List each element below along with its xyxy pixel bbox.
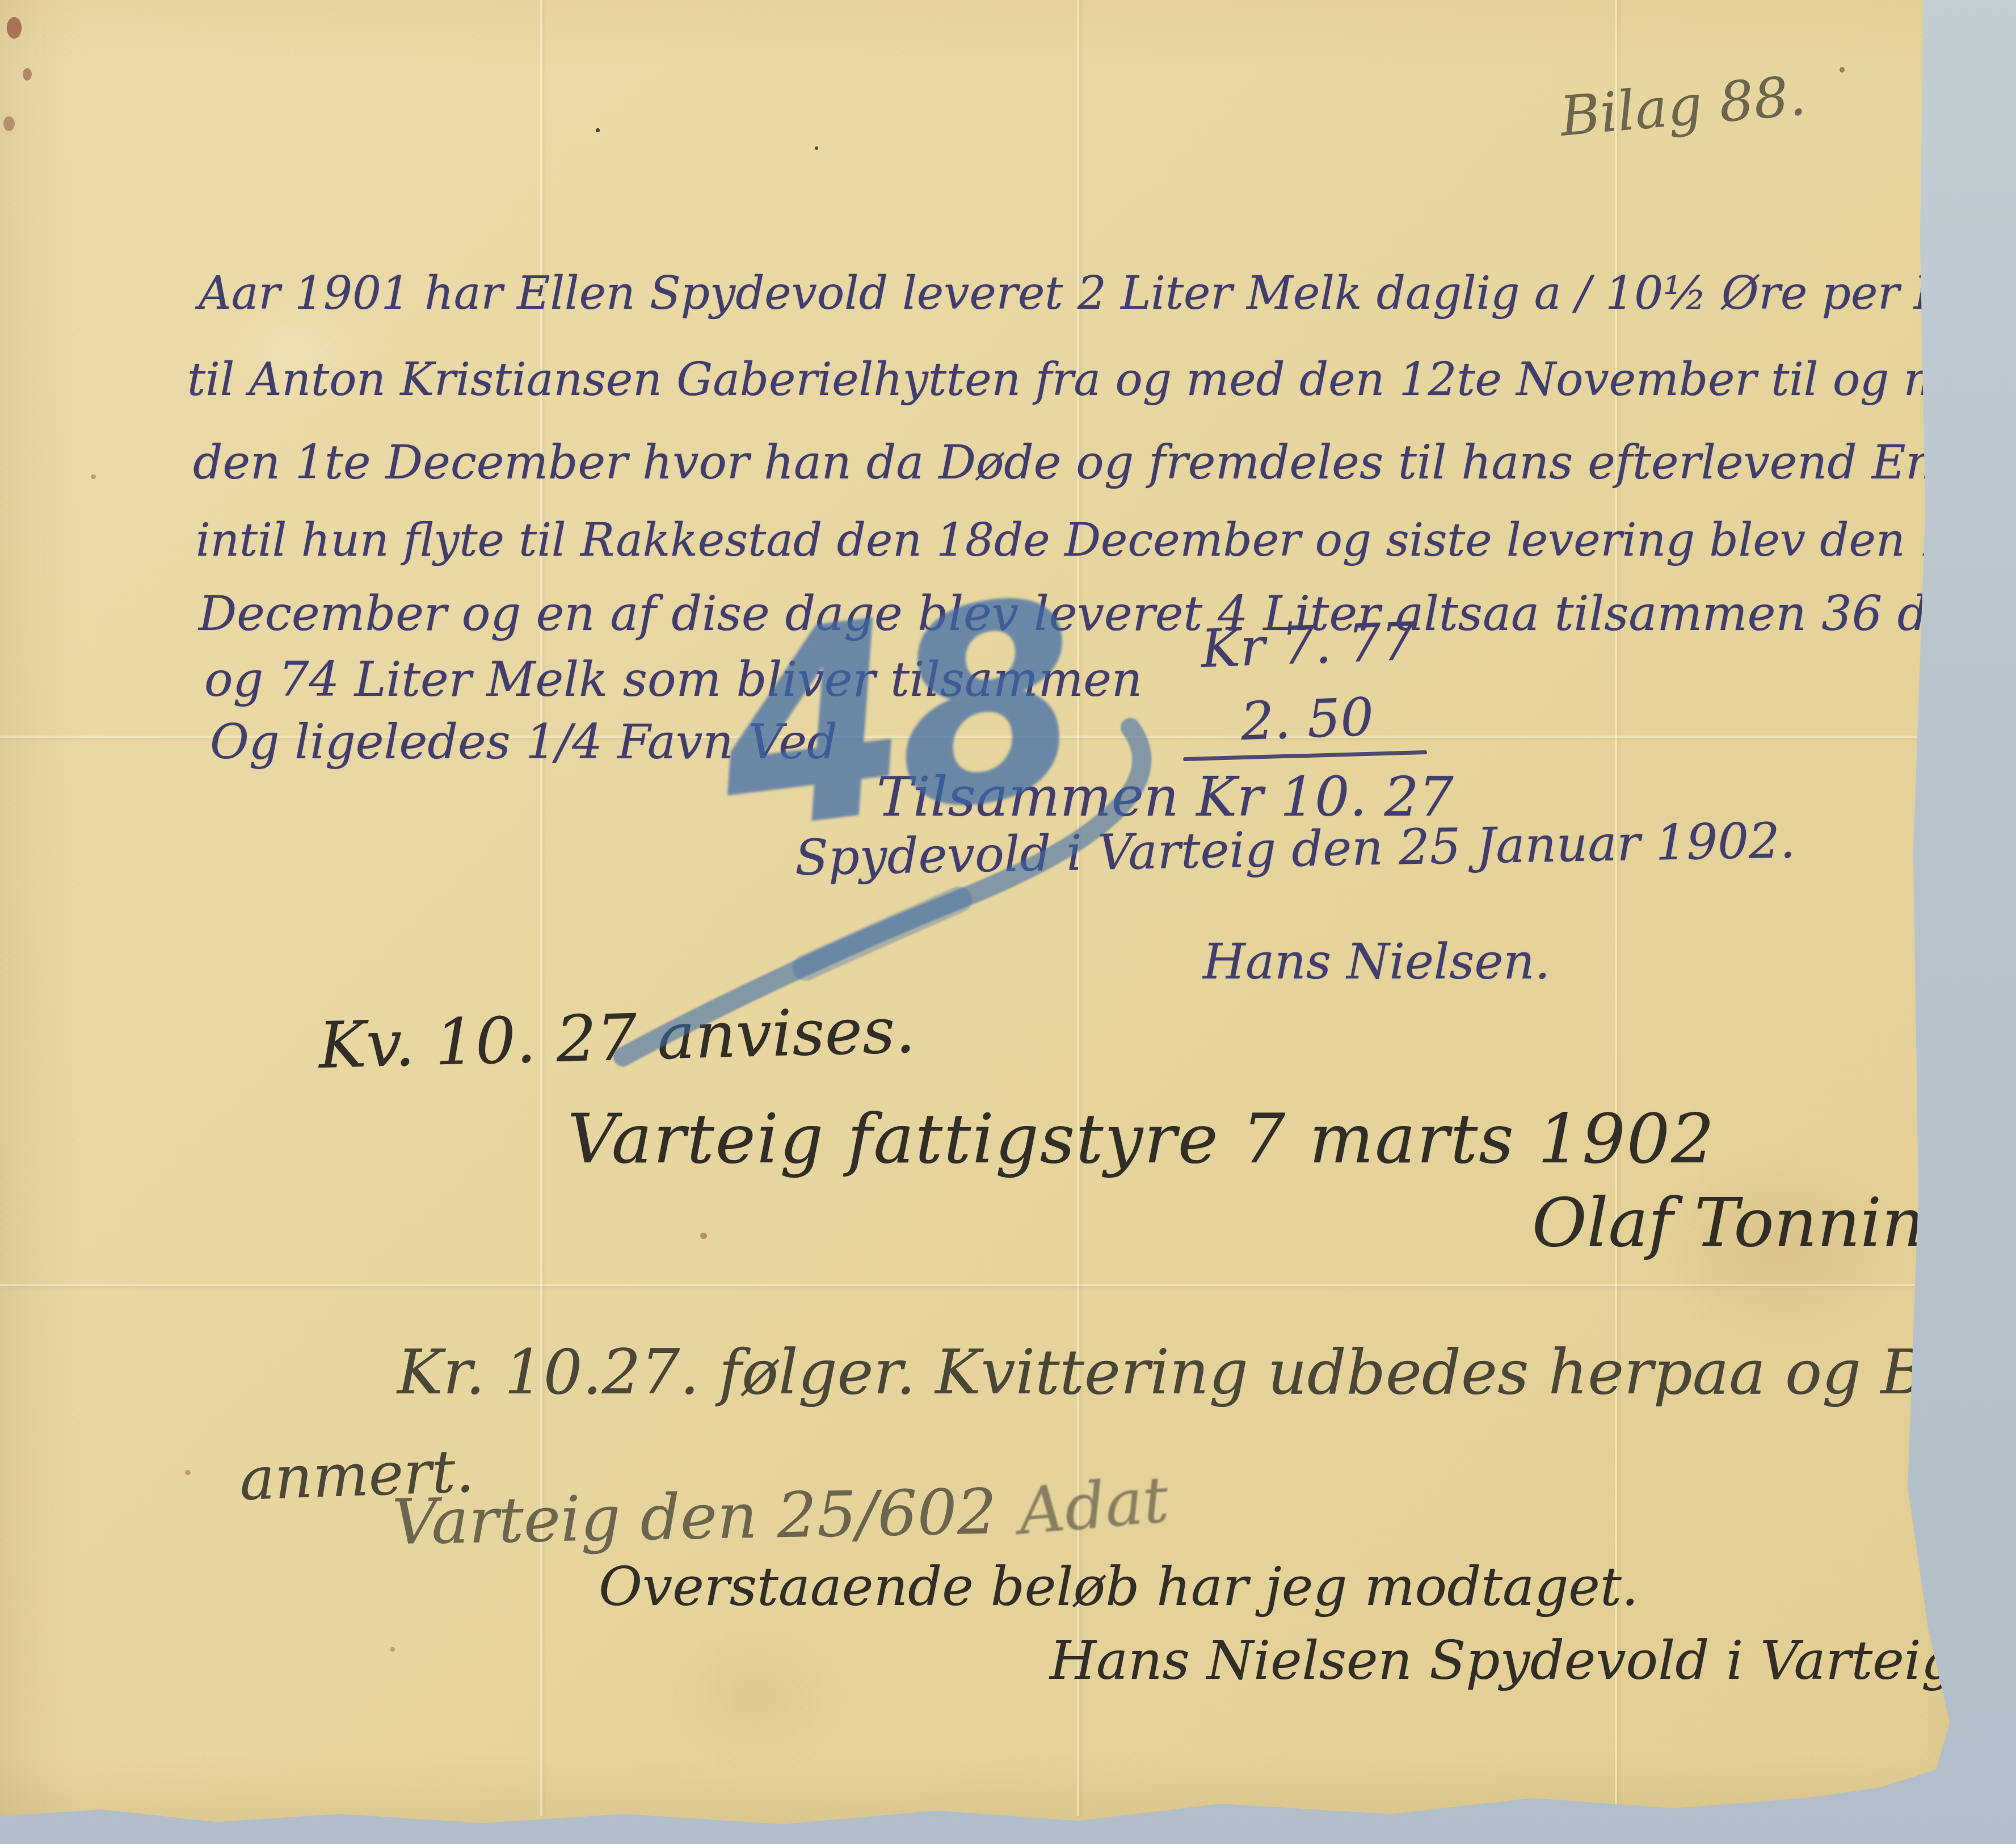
signature-receipt: Hans Nielsen Spydevold i Varteig bbox=[1050, 1630, 1955, 1692]
handwritten-line: intil hun flyte til Rakkestad den 18de D… bbox=[196, 514, 2016, 566]
paper-sheet: Bilag 88. Aar 1901 har Ellen Spydevold l… bbox=[0, 0, 2016, 1844]
blue-crayon-mark: 48 bbox=[705, 564, 1085, 872]
paper-speck bbox=[815, 146, 818, 150]
receipt-line: Overstaaende beløb har jeg modtaget. bbox=[599, 1556, 1639, 1618]
receipt-scribble: Adat bbox=[1016, 1463, 1172, 1549]
signature-olaf-tonning: Olaf Tonning bbox=[1532, 1183, 1968, 1262]
handwritten-line: December og en af dise dage blev leveret… bbox=[199, 586, 2015, 641]
amount-milk: Kr 7. 77 bbox=[1200, 611, 1416, 679]
paper-speck bbox=[700, 1233, 707, 1239]
handwritten-line: til Anton Kristiansen Gaberielhytten fra… bbox=[187, 353, 2002, 406]
sum-underline bbox=[1183, 750, 1427, 761]
paper-speck bbox=[1840, 67, 1845, 73]
signature-hans-nielsen: Hans Nielsen. bbox=[1203, 934, 1550, 990]
handwritten-line: den 1te December hvor han da Døde og fre… bbox=[193, 436, 1992, 490]
handwritten-line: Aar 1901 har Ellen Spydevold leveret 2 L… bbox=[199, 267, 2016, 320]
paper-speck bbox=[91, 474, 96, 479]
receipt-line: Kr. 10.27. følger. Kvittering udbedes he… bbox=[397, 1337, 2016, 1408]
authority-date-line: Varteig fattigstyre 7 marts 1902 bbox=[567, 1100, 1715, 1179]
document-scan: Bilag 88. Aar 1901 har Ellen Spydevold l… bbox=[0, 0, 2016, 1844]
paper-stain bbox=[7, 17, 22, 39]
receipt-date-line: Varteig den 25/602 bbox=[392, 1475, 998, 1559]
paper-speck bbox=[596, 128, 600, 132]
paper-speck bbox=[185, 1470, 191, 1475]
paper-speck bbox=[390, 1647, 395, 1652]
amount-wood: 2. 50 bbox=[1240, 687, 1375, 752]
bilag-note: Bilag 88. bbox=[1558, 64, 1808, 148]
approval-line: Kv. 10. 27 anvises. bbox=[318, 993, 916, 1082]
paper-stain bbox=[23, 68, 32, 81]
fold-crease-horizontal bbox=[0, 1284, 1918, 1286]
paper-stain bbox=[3, 116, 15, 131]
